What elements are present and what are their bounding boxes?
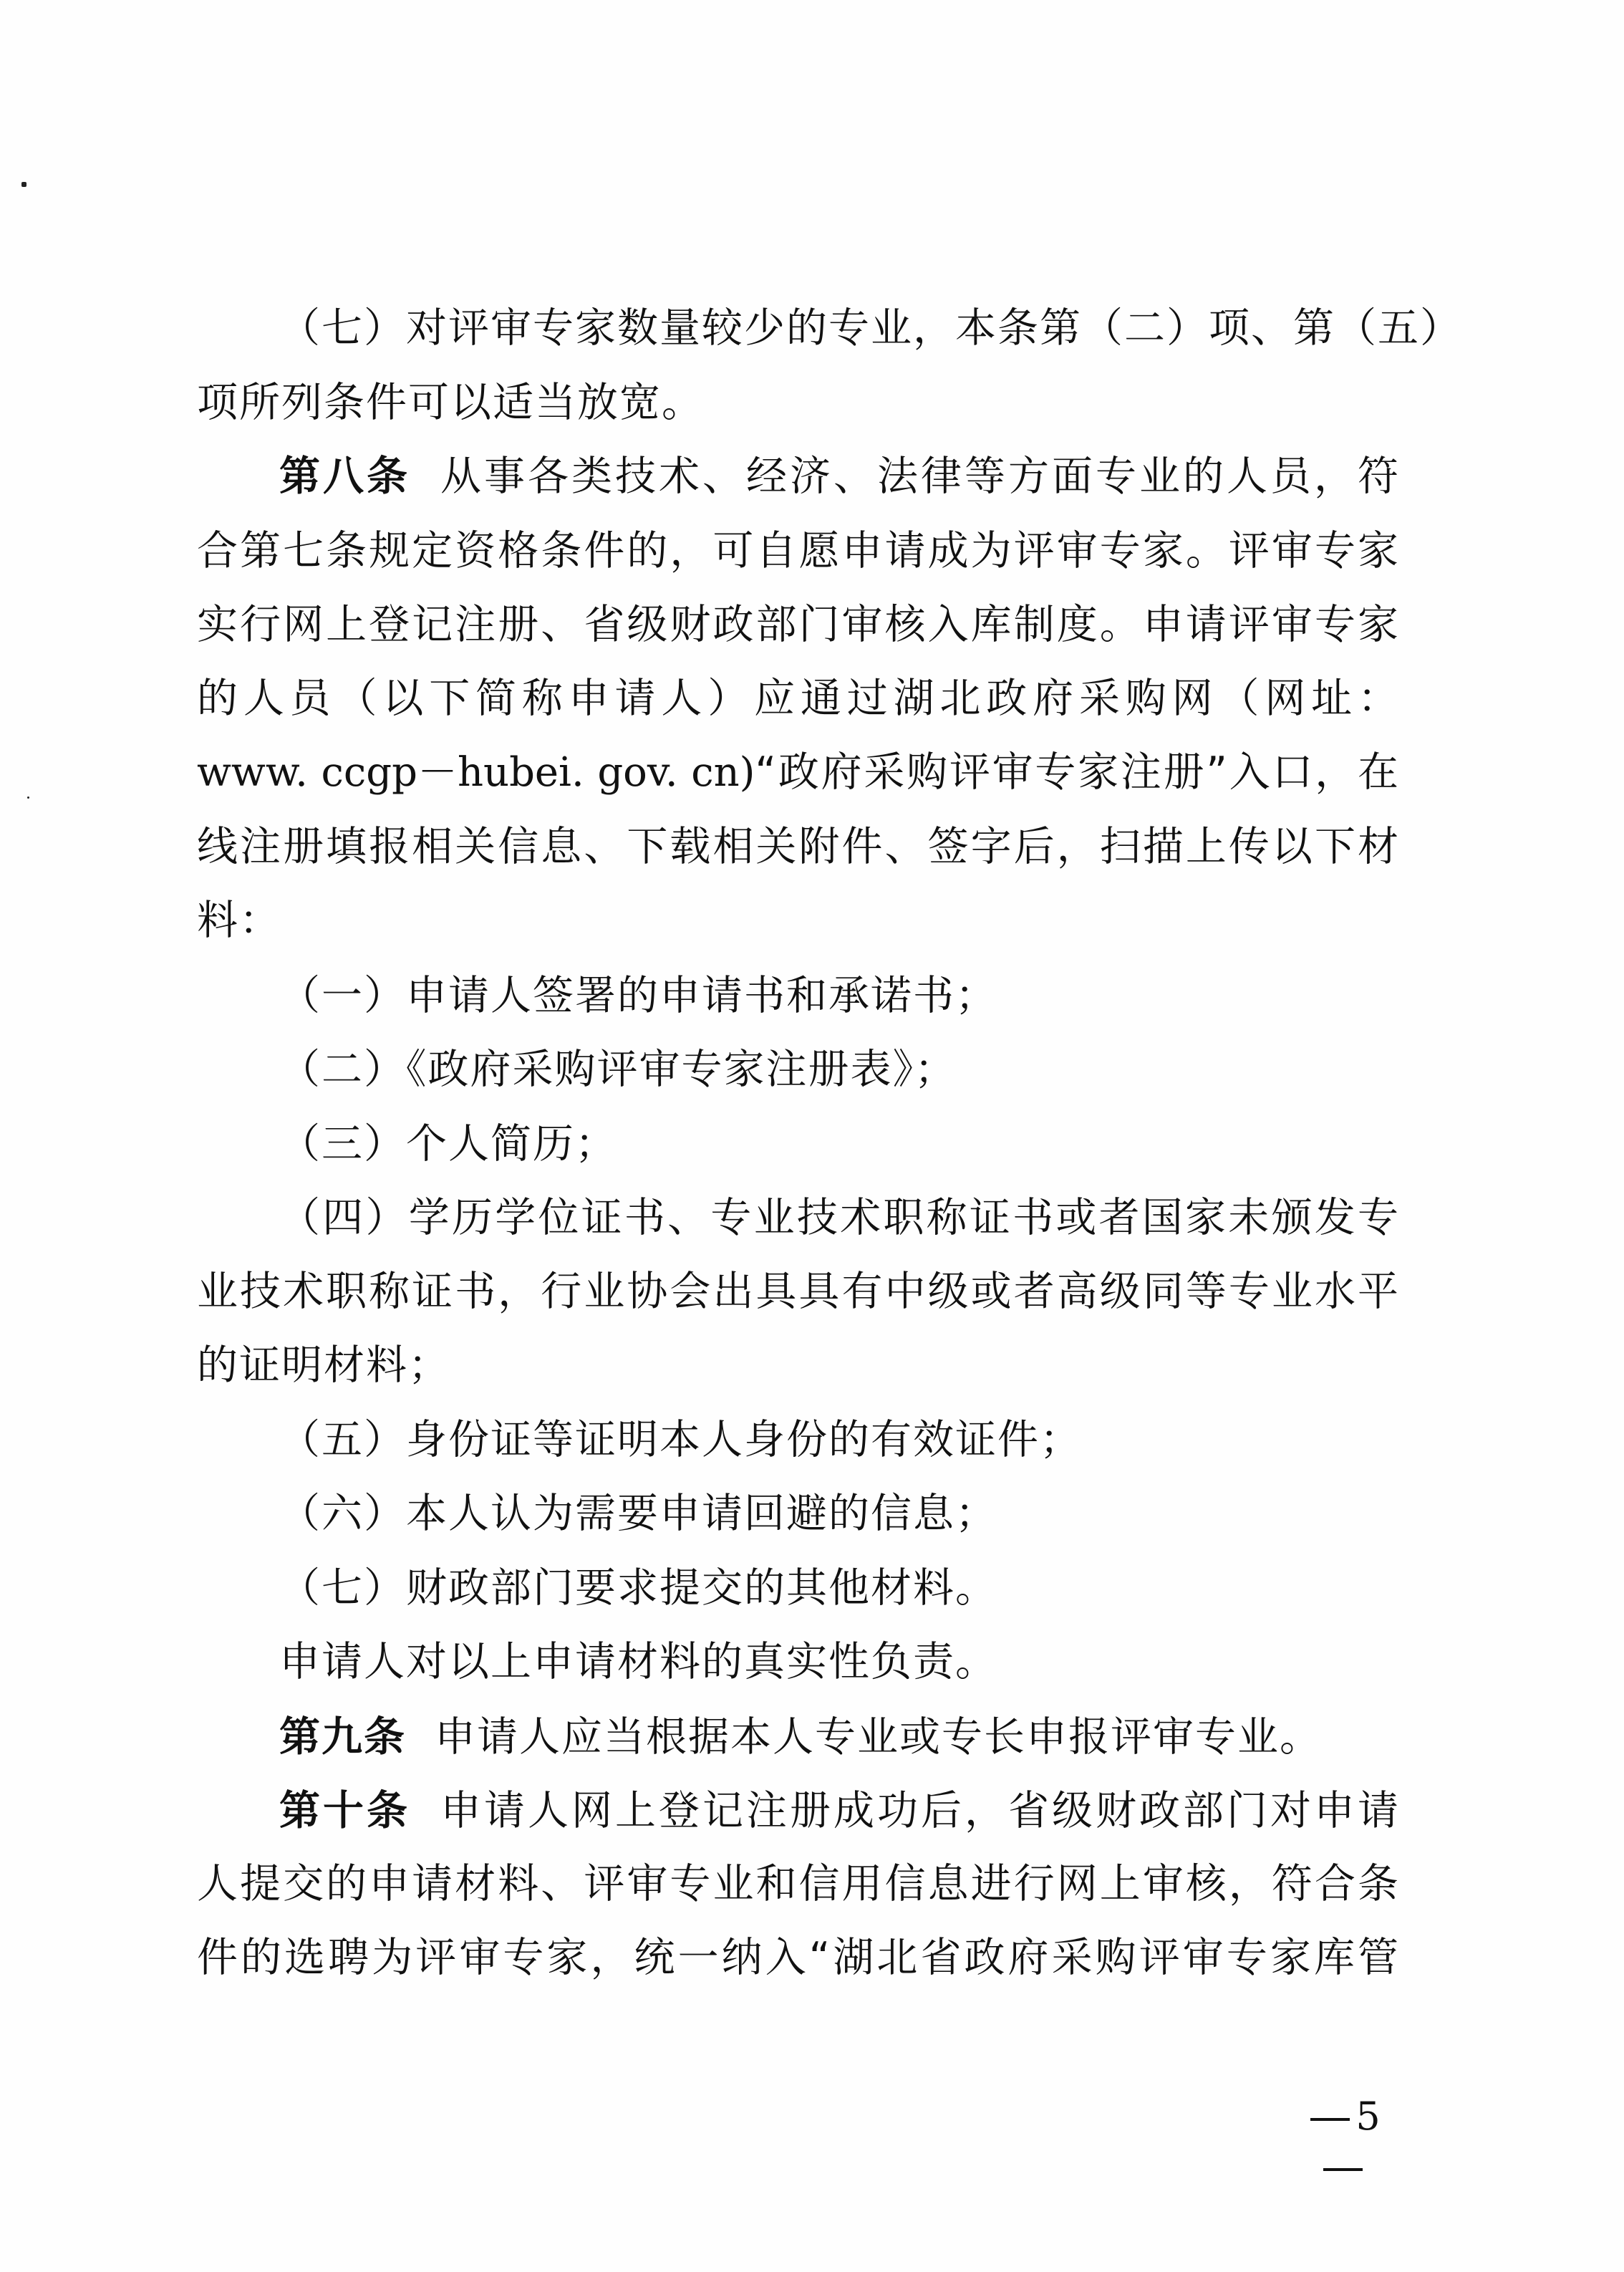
scan-speck (21, 182, 26, 187)
website-url: www. ccgp－hubei. gov. cn) (197, 749, 755, 796)
article-8-line: 实行网上登记注册、省级财政部门审核入库制度。申请评审专家 (197, 596, 1400, 653)
paragraph-line: （七）对评审专家数量较少的专业，本条第（二）项、第（五） (279, 299, 1400, 357)
article-label: 第十条 (279, 1787, 410, 1834)
list-item: （一）申请人签署的申请书和承诺书； (279, 967, 997, 1024)
article-8-line: 的人员（以下简称申请人）应通过湖北政府采购网（网址： (197, 670, 1400, 727)
dash-decoration (1310, 2118, 1350, 2121)
article-8-line: 第八条从事各类技术、经济、法律等方面专业的人员，符 (279, 448, 1400, 505)
list-item: （七）财政部门要求提交的其他材料。 (279, 1559, 997, 1617)
page-number-value: 5 (1355, 2094, 1380, 2139)
article-label: 第九条 (279, 1713, 406, 1761)
document-page: （七）对评审专家数量较少的专业，本条第（二）项、第（五） 项所列条件可以适当放宽… (0, 0, 1624, 2272)
article-8-line: 线注册填报相关信息、下载相关附件、签字后，扫描上传以下材 (197, 818, 1400, 875)
list-item: （四）学历学位证书、专业技术职称证书或者国家未颁发专 (279, 1189, 1400, 1246)
article-10-line: 第十条申请人网上登记注册成功后，省级财政部门对申请 (279, 1782, 1400, 1839)
list-item: （二）《政府采购评审专家注册表》； (279, 1041, 957, 1098)
list-item: （五）身份证等证明本人身份的有效证件； (279, 1411, 1082, 1468)
page-number: 5 (1282, 2092, 1403, 2142)
responsibility-statement: 申请人对以上申请材料的真实性负责。 (279, 1633, 997, 1690)
article-10-line: 人提交的申请材料、评审专业和信用信息进行网上审核，符合条 (197, 1855, 1400, 1912)
article-8-line: 料： (197, 892, 281, 949)
list-item: （三）个人简历； (279, 1115, 617, 1173)
dash-decoration (1323, 2168, 1363, 2171)
list-item: 业技术职称证书，行业协会出具具有中级或者高级同等专业水平 (197, 1263, 1400, 1320)
article-text: 从事各类技术、经济、法律等方面专业的人员，符 (439, 453, 1400, 500)
article-9-line: 第九条申请人应当根据本人专业或专长申报评审专业。 (279, 1708, 1322, 1766)
scan-speck (27, 796, 29, 799)
list-item: 的证明材料； (197, 1337, 450, 1394)
paragraph-line: 项所列条件可以适当放宽。 (197, 374, 704, 431)
article-label: 第八条 (279, 453, 410, 500)
article-text: “政府采购评审专家注册”入口，在 (755, 748, 1400, 796)
article-10-line: 件的选聘为评审专家，统一纳入“湖北省政府采购评审专家库管 (197, 1929, 1400, 1986)
article-8-line: www. ccgp－hubei. gov. cn)“政府采购评审专家注册”入口，… (197, 743, 1400, 801)
list-item: （六）本人认为需要申请回避的信息； (279, 1485, 997, 1542)
article-text: 申请人应当根据本人专业或专长申报评审专业。 (435, 1713, 1322, 1761)
article-8-line: 合第七条规定资格条件的，可自愿申请成为评审专家。评审专家 (197, 522, 1400, 579)
article-text: 申请人网上登记注册成功后，省级财政部门对申请 (439, 1787, 1400, 1834)
